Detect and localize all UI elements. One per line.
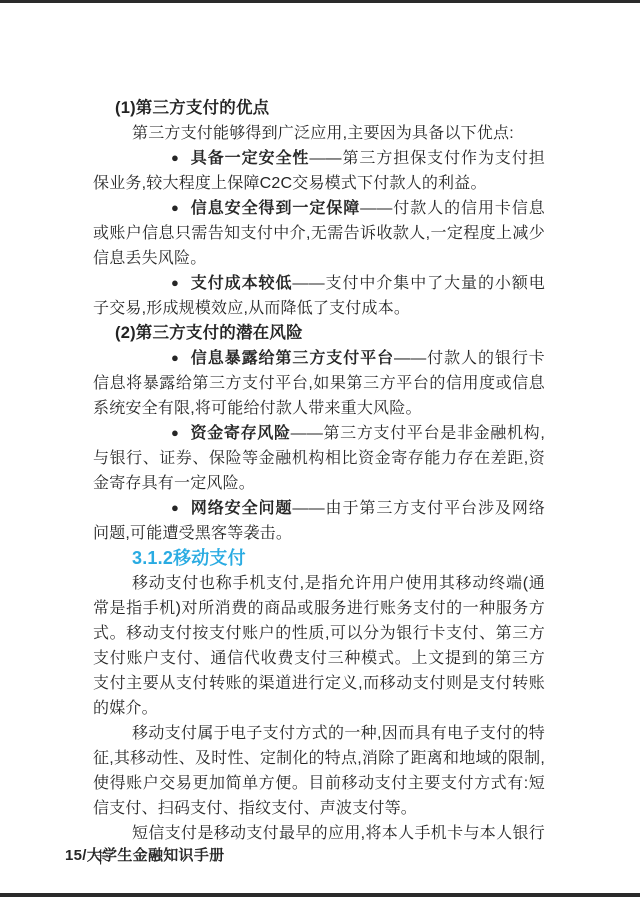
bullet-icon: ● bbox=[132, 195, 179, 220]
document-page: (1)第三方支付的优点 第三方支付能够得到广泛应用,主要因为具备以下优点: ●具… bbox=[0, 0, 640, 897]
section-heading-mobile-payment: 3.1.2移动支付 bbox=[93, 546, 545, 571]
bullet-icon: ● bbox=[132, 420, 179, 445]
bullet-icon: ● bbox=[132, 145, 179, 170]
section-heading-advantages: (1)第三方支付的优点 bbox=[93, 96, 545, 121]
page-top-edge bbox=[0, 0, 640, 3]
bullet-term: 资金寄存风险 bbox=[190, 425, 291, 442]
paragraph-mobile-features: 移动支付属于电子支付方式的一种,因而具有电子支付的特征,其移动性、及时性、定制化… bbox=[93, 721, 545, 821]
bullet-term: 信息安全得到一定保障 bbox=[190, 200, 360, 217]
bullet-item-info-exposure: ●信息暴露给第三方支付平台——付款人的银行卡信息将暴露给第三方支付平台,如果第三… bbox=[93, 346, 545, 421]
bullet-item-low-cost: ●支付成本较低——支付中介集中了大量的小额电子交易,形成规模效应,从而降低了支付… bbox=[93, 271, 545, 321]
paragraph-mobile-definition: 移动支付也称手机支付,是指允许用户使用其移动终端(通常是指手机)对所消费的商品或… bbox=[93, 571, 545, 721]
bullet-term: 支付成本较低 bbox=[190, 275, 292, 292]
bullet-item-fund-deposit-risk: ●资金寄存风险——第三方支付平台是非金融机构,与银行、证券、保险等金融机构相比资… bbox=[93, 421, 545, 496]
bullet-term: 信息暴露给第三方支付平台 bbox=[190, 350, 394, 367]
paragraph-intro-advantages: 第三方支付能够得到广泛应用,主要因为具备以下优点: bbox=[93, 121, 545, 146]
bullet-icon: ● bbox=[132, 270, 179, 295]
bullet-item-security: ●具备一定安全性——第三方担保支付作为支付担保业务,较大程度上保障C2C交易模式… bbox=[93, 146, 545, 196]
bullet-term: 网络安全问题 bbox=[190, 500, 292, 517]
document-content: (1)第三方支付的优点 第三方支付能够得到广泛应用,主要因为具备以下优点: ●具… bbox=[93, 96, 545, 871]
page-bottom-edge bbox=[0, 893, 640, 897]
bullet-icon: ● bbox=[132, 495, 179, 520]
section-heading-risks: (2)第三方支付的潜在风险 bbox=[93, 321, 545, 346]
bullet-icon: ● bbox=[132, 345, 179, 370]
page-footer: 15/大学生金融知识手册 bbox=[65, 844, 224, 865]
bullet-term: 具备一定安全性 bbox=[190, 150, 309, 167]
bullet-item-info-protection: ●信息安全得到一定保障——付款人的信用卡信息或账户信息只需告知支付中介,无需告诉… bbox=[93, 196, 545, 271]
bullet-item-network-security: ●网络安全问题——由于第三方支付平台涉及网络问题,可能遭受黑客等袭击。 bbox=[93, 496, 545, 546]
